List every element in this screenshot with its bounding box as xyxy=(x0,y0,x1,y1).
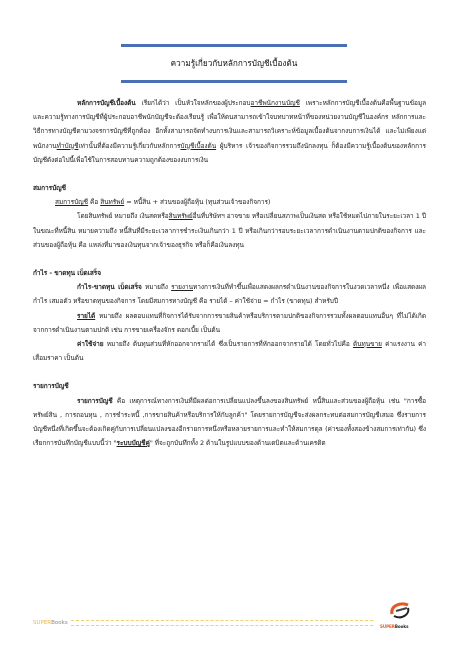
text: หมายถึง xyxy=(142,283,171,291)
equation-line: สมการบัญชี คือ สินทรัพย์ = หนี้สิน + ส่ว… xyxy=(33,195,426,209)
logo-swoosh-icon xyxy=(380,600,420,624)
link-assets[interactable]: สินทรัพย์ xyxy=(100,198,124,206)
intro-paragraph: หลักการบัญชีเบื้องต้น เรียกได้ว่า เป็นหั… xyxy=(33,96,426,167)
link-cost-of-sales[interactable]: ต้นทุนขาย xyxy=(353,340,382,348)
revenue-paragraph: รายได้ หมายถึง ผลตอบแทนที่กิจการได้รับจา… xyxy=(33,309,426,337)
term-profit-loss: กำไร-ขาดทุน เบ็ดเสร็จ xyxy=(77,283,142,291)
link-report[interactable]: รายงาน xyxy=(171,283,193,291)
link-accounting-career[interactable]: อาชีพนักงานบัญชี xyxy=(251,99,300,107)
section-heading-transactions: รายการบัญชี xyxy=(33,379,426,393)
footer-brand-books: Books xyxy=(51,620,68,626)
text: เรียกได้ว่า เป็นหัวใจหลักของผู้ประกอบ xyxy=(136,99,251,107)
footer-brand-super: SUPER xyxy=(33,620,51,626)
superbooks-logo: SUPERBooks xyxy=(380,600,420,632)
profit-loss-paragraph: กำไร-ขาดทุน เบ็ดเสร็จ หมายถึง รายงานทางก… xyxy=(33,280,426,308)
transactions-paragraph: รายการบัญชี คือ เหตุการณ์ทางการเงินที่มี… xyxy=(33,394,426,451)
link-accounting-equation[interactable]: สมการบัญชี xyxy=(55,198,88,206)
text: = หนี้สิน + ส่วนของผู้ถือหุ้น (ทุนส่วนเจ… xyxy=(124,198,270,206)
page-footer: SUPERBooks xyxy=(33,618,373,628)
equation-paragraph: โดยสินทรัพย์ หมายถึง เงินสดหรือสินทรัพย์… xyxy=(33,209,426,252)
document-title: ความรู้เกี่ยวกับหลักการบัญชีเบื้องต้น xyxy=(171,57,298,70)
link-double-entry[interactable]: ระบบบัญชีคู่ xyxy=(117,439,150,447)
term-transaction: รายการบัญชี xyxy=(77,397,113,405)
logo-super: SUPER xyxy=(380,624,395,629)
link-bookkeeping[interactable]: ทำบัญชี xyxy=(57,142,79,150)
intro-lead: หลักการบัญชีเบื้องต้น xyxy=(77,99,136,107)
document-title-box: ความรู้เกี่ยวกับหลักการบัญชีเบื้องต้น xyxy=(121,44,347,83)
expense-paragraph: ค่าใช้จ่าย หมายถึง ต้นทุนส่วนที่หักออกจา… xyxy=(33,337,426,365)
text: เท่านั้นที่ต้องมีความรู้เกี่ยวกับหลักการ xyxy=(78,142,180,150)
section-heading-equation: สมการบัญชี xyxy=(33,181,426,195)
text: คือ xyxy=(88,198,100,206)
document-body: หลักการบัญชีเบื้องต้น เรียกได้ว่า เป็นหั… xyxy=(33,96,426,450)
section-heading-profit-loss: กำไร - ขาดทุน เบ็ดเสร็จ xyxy=(33,266,426,280)
text: " ที่จะถูกบันทึกทั้ง 2 ด้านในรูปแบบของด้… xyxy=(150,439,326,447)
logo-books: Books xyxy=(395,624,409,629)
footer-divider xyxy=(71,620,373,626)
link-assets-2[interactable]: สินทรัพย์ xyxy=(169,212,193,220)
term-expense: ค่าใช้จ่าย xyxy=(77,340,104,348)
text: หมายถึง ต้นทุนส่วนที่หักออกจากรายได้ ซึ่… xyxy=(104,340,353,348)
link-basic-accounting[interactable]: บัญชีเบื้องต้น xyxy=(180,142,216,150)
term-revenue[interactable]: รายได้ xyxy=(77,312,95,320)
text: โดยสินทรัพย์ หมายถึง เงินสดหรือ xyxy=(77,212,169,220)
